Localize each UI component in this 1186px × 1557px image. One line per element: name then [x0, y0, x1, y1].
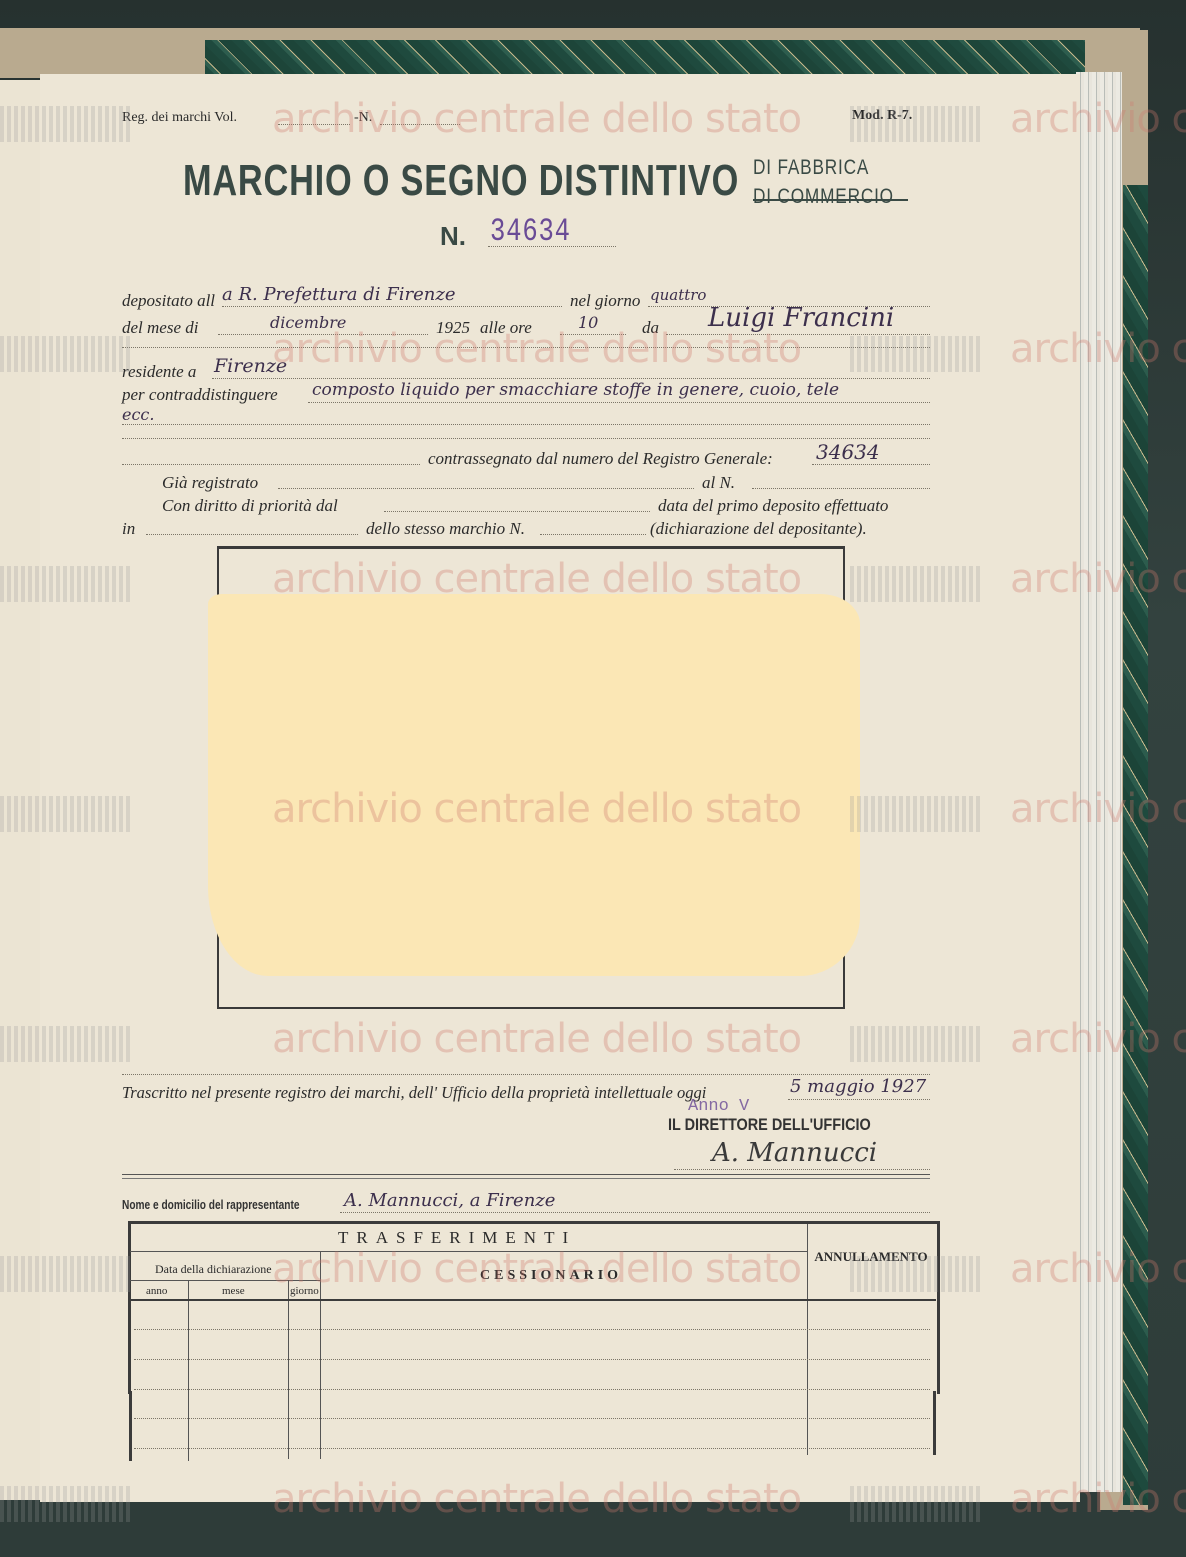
mark-number-field [488, 246, 616, 247]
book-cover-marble-top [205, 40, 1085, 76]
table-row [134, 1448, 930, 1449]
volume-field [278, 124, 350, 125]
deposited-office-field [222, 306, 562, 307]
transcription-text: Trascritto nel presente registro dei mar… [122, 1083, 706, 1103]
general-register-label: contrassegnato dal numero del Registro G… [428, 449, 773, 469]
document-title: MARCHIO O SEGNO DISTINTIVO [183, 156, 739, 206]
year-stamp: Anno V [688, 1097, 749, 1116]
signature-field [674, 1169, 930, 1170]
table-divider [188, 1280, 189, 1392]
purpose-value-continued: ecc. [122, 405, 154, 424]
table-divider [320, 1251, 321, 1391]
priority-label: Con diritto di priorità dal [162, 496, 338, 516]
blank-line [122, 438, 930, 439]
depositor-name: Luigi Francini [708, 303, 894, 333]
in-label: in [122, 519, 135, 539]
transfers-title: TRASFERIMENTI [338, 1228, 576, 1248]
deposited-label: depositato all [122, 291, 215, 311]
in-field [146, 534, 358, 535]
table-divider [288, 1391, 289, 1459]
month-label: del mese di [122, 318, 198, 338]
register-number-field [380, 124, 460, 125]
table-row [134, 1418, 930, 1419]
al-n-field [752, 488, 930, 489]
divider-line [122, 1178, 930, 1179]
register-number-label: -N. [354, 110, 372, 126]
transcription-date: 5 maggio 1927 [790, 1076, 926, 1097]
table-divider [807, 1391, 808, 1455]
assignee-header: CESSIONARIO [480, 1268, 622, 1284]
register-volume-label: Reg. dei marchi Vol. [122, 110, 237, 126]
already-registered-field [278, 488, 694, 489]
already-registered-label: Già registrato [162, 473, 258, 493]
al-n-label: al N. [702, 473, 735, 493]
table-rule [130, 1251, 807, 1252]
purpose-label: per contraddistinguere [122, 385, 278, 405]
trademark-label-image [208, 594, 860, 976]
table-border [933, 1391, 936, 1455]
day-label: nel giorno [570, 291, 640, 311]
representative-label: Nome e domicilio del rappresentante [122, 1197, 299, 1212]
table-row [134, 1389, 930, 1390]
residence-value: Firenze [214, 355, 287, 377]
general-register-field [812, 464, 930, 465]
divider-line [122, 1174, 930, 1175]
purpose-value: composto liquido per smacchiare stoffe i… [312, 380, 839, 400]
table-divider [188, 1391, 189, 1461]
table-row [134, 1329, 930, 1330]
mark-number-stamp: 34634 [490, 213, 571, 250]
depositor-field [666, 334, 930, 335]
representative-value: A. Mannucci, a Firenze [344, 1190, 555, 1211]
month-field [218, 334, 428, 335]
day-value: quattro [650, 286, 706, 304]
table-header-rule [128, 1299, 936, 1301]
table-divider [320, 1391, 321, 1459]
residence-label: residente a [122, 362, 196, 382]
left-page-edge [0, 80, 42, 1500]
deposited-office-value: a R. Prefettura di Firenze [222, 284, 455, 305]
first-deposit-label: data del primo deposito effettuato [658, 496, 888, 516]
by-label: da [642, 318, 659, 338]
hour-label: alle ore [480, 318, 532, 338]
blank-line [122, 464, 420, 465]
purpose-field-2 [122, 424, 930, 425]
representative-field [340, 1212, 930, 1213]
cancellation-header: ANNULLAMENTO [808, 1249, 934, 1265]
blank-line [122, 347, 930, 348]
same-mark-field [540, 534, 646, 535]
column-giorno: giorno [290, 1285, 319, 1297]
month-value: dicembre [270, 313, 346, 332]
table-border [129, 1391, 132, 1461]
separator-line [122, 1074, 930, 1075]
title-option-commercio-struck: DI COMMERCIO [753, 185, 894, 209]
purpose-field [308, 402, 930, 403]
date-group-header: Data della dichiarazione [155, 1262, 272, 1277]
priority-field [384, 511, 650, 512]
table-divider [288, 1280, 289, 1392]
director-label: IL DIRETTORE DELL'UFFICIO [668, 1115, 871, 1135]
number-label: N. [440, 221, 466, 252]
model-code: Mod. R-7. [852, 108, 912, 124]
title-option-fabbrica: DI FABBRICA [753, 156, 869, 180]
year-value: 1925 [436, 318, 470, 338]
general-register-value: 34634 [816, 440, 880, 464]
hour-field [560, 334, 626, 335]
table-row [134, 1359, 930, 1360]
page-edges [1076, 72, 1122, 1492]
transcription-date-field [788, 1099, 930, 1100]
hour-value: 10 [578, 313, 598, 332]
book-cover-marble-right [1123, 185, 1148, 1505]
director-signature: A. Mannucci [712, 1138, 877, 1168]
column-anno: anno [146, 1285, 167, 1297]
strikethrough-line [753, 199, 908, 201]
same-mark-label: dello stesso marchio N. [366, 519, 525, 539]
declaration-label: (dichiarazione del depositante). [650, 519, 867, 539]
table-rule [130, 1280, 320, 1281]
residence-field [212, 378, 930, 379]
column-mese: mese [222, 1285, 245, 1297]
